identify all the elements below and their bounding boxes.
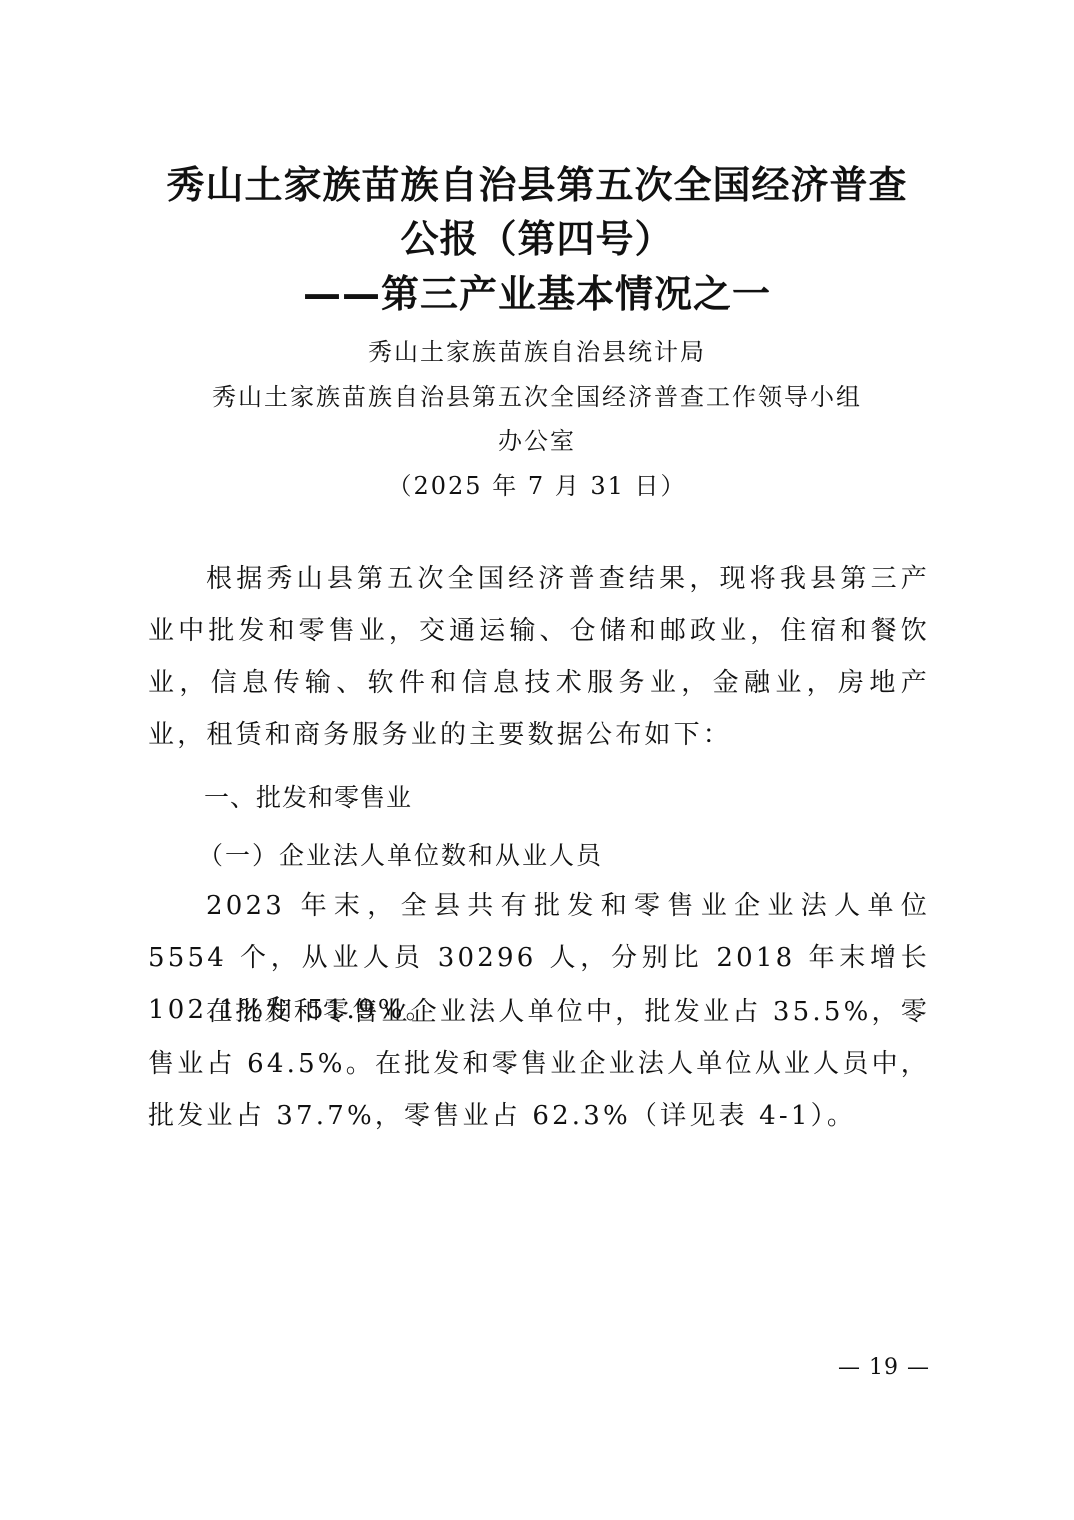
issuer-line-3: 办公室 [0, 429, 1074, 453]
title-line-3: ——第三产业基本情况之一 [0, 275, 1074, 313]
intro-paragraph: 根据秀山县第五次全国经济普查结果，现将我县第三产业中批发和零售业，交通运输、仓储… [148, 553, 930, 761]
section-heading: 一、批发和零售业 [204, 785, 412, 810]
document-page: 秀山土家族苗族自治县第五次全国经济普查 公报（第四号） ——第三产业基本情况之一… [0, 0, 1074, 1520]
subsection-heading: （一）企业法人单位数和从业人员 [198, 843, 603, 868]
page-number: — 19 — [838, 1357, 930, 1379]
issuer-line-2: 秀山土家族苗族自治县第五次全国经济普查工作领导小组 [0, 385, 1074, 409]
title-line-2: 公报（第四号） [0, 220, 1074, 258]
title-line-1: 秀山土家族苗族自治县第五次全国经济普查 [0, 166, 1074, 204]
issuer-line-1: 秀山土家族苗族自治县统计局 [0, 340, 1074, 364]
publication-date: （2025 年 7 月 31 日） [0, 474, 1074, 498]
body-paragraph-2: 在批发和零售业企业法人单位中，批发业占 35.5%，零售业占 64.5%。在批发… [148, 986, 930, 1142]
